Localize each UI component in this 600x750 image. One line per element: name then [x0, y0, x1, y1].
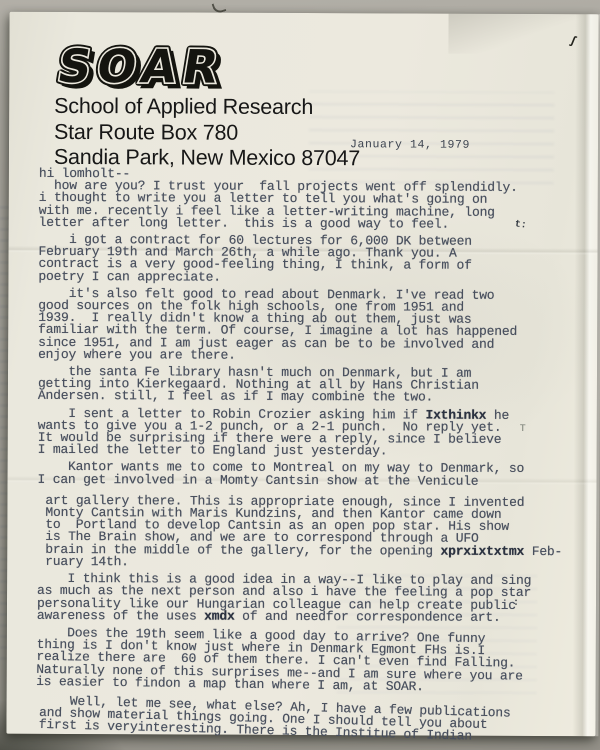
stray-ink-mark: T	[520, 424, 526, 435]
letter-paper: SOAR SOAR SOAR SOAR School of Applied Re…	[6, 12, 598, 737]
letter-body: hi lomholt-- how are you? I trust your f…	[36, 168, 560, 739]
letter-paragraph: Kantor wants me to come to Montreal on m…	[38, 461, 560, 488]
letter-paragraph: I sent a letter to Robin Crozier asking …	[38, 408, 560, 459]
letter-paragraph: the santa Fe library hasn't much on Denm…	[38, 366, 560, 405]
letter-date: January 14, 1979	[350, 138, 470, 152]
org-name: School of Applied Research	[54, 94, 313, 120]
letter-paragraph: i got a contract for 60 lectures for 6,0…	[38, 234, 560, 285]
letter-paragraph: Well, let me see, what else? Ah, I have …	[39, 695, 559, 746]
soar-logo-face: SOAR	[54, 39, 229, 93]
letter-paragraph: hi lomholt-- how are you? I trust your f…	[39, 168, 561, 231]
stray-ink-mark: :	[513, 598, 519, 609]
letter-paragraph: I think this is a good idea in a way--I …	[37, 573, 559, 624]
photo-background: SOAR SOAR SOAR SOAR School of Applied Re…	[0, 0, 600, 750]
soar-logo: SOAR SOAR SOAR SOAR	[51, 34, 241, 101]
letter-paragraph: it's also felt good to read about Denmar…	[38, 288, 560, 363]
letter-paragraph: art gallery there. This is appropriate e…	[45, 495, 559, 570]
stray-ink-mark: t:	[514, 219, 527, 232]
address-line-1: Star Route Box 780	[54, 120, 238, 146]
letter-paragraph: Does the 19th seem like a good day to ar…	[36, 627, 559, 695]
paper-crease-vertical	[572, 14, 600, 736]
